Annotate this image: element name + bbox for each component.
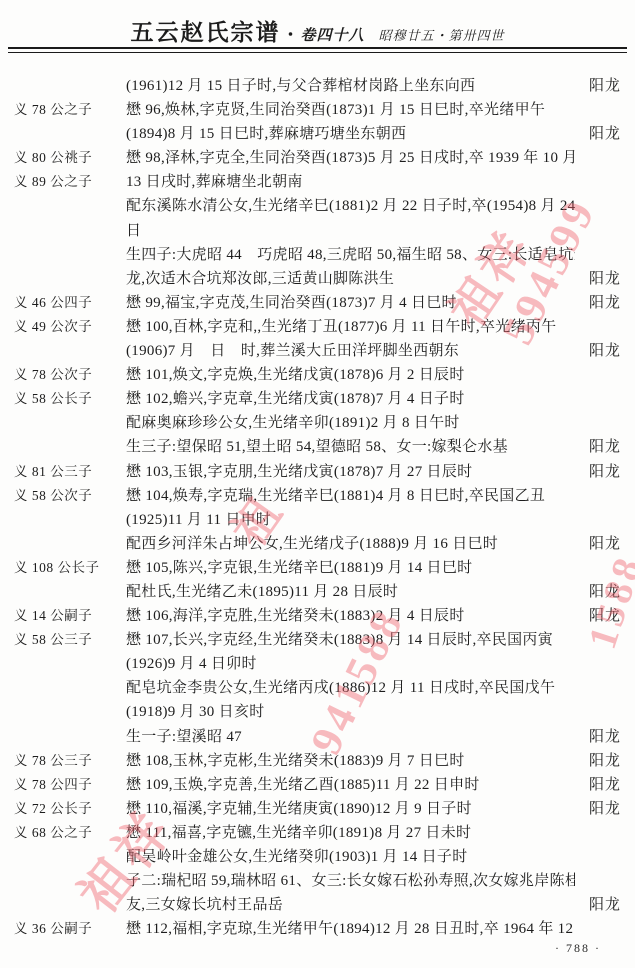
entry-text: 子二:瑞杞昭 59,瑞林昭 61、女三:长女嫁石松孙寿照,次女嫁兆岸陈桂	[126, 869, 575, 893]
genealogy-line: 义 58 公三子懋 107,长兴,字克经,生光绪癸未(1883)8 月 14 日…	[14, 628, 621, 652]
entry-text: 友,三女嫁长坑村王品岳	[126, 893, 575, 917]
genealogy-line: 义 78 公次子懋 101,焕文,字克焕,生光绪戊寅(1878)6 月 2 日辰…	[14, 363, 621, 387]
genealogy-line: 龙,次适木合坑郑汝郎,三适黄山脚陈洪生阳龙	[14, 267, 621, 291]
entry-text: 懋 110,福溪,字克辅,生光绪庚寅(1890)12 月 9 日子时	[126, 797, 575, 821]
zodiac-tag: 阳龙	[575, 725, 621, 749]
entry-text: 配西乡河洋朱占坤公女,生光绪戊子(1888)9 月 16 日巳时	[126, 532, 575, 556]
genealogy-title: 五云赵氏宗谱	[130, 20, 280, 45]
zodiac-tag: 阳龙	[575, 797, 621, 821]
entry-text: 懋 103,玉银,字克朋,生光绪戊寅(1878)7 月 27 日辰时	[126, 460, 575, 484]
genealogy-line: 义 89 公之子13 日戌时,葬麻塘坐北朝南	[14, 170, 621, 194]
entry-text: 懋 106,海洋,字克胜,生光绪癸未(1883)2 月 4 日辰时	[126, 604, 575, 628]
father-label: 义 89 公之子	[14, 170, 126, 194]
zodiac-tag: 阳龙	[575, 122, 621, 146]
genealogy-line: 义 68 公之子懋 111,福喜,字克镳,生光绪辛卯(1891)8 月 27 日…	[14, 821, 621, 845]
genealogy-line: 义 58 公长子懋 102,蟾兴,字克章,生光绪戊寅(1878)7 月 4 日子…	[14, 387, 621, 411]
genealogy-line: 义 81 公三子懋 103,玉银,字克朋,生光绪戊寅(1878)7 月 27 日…	[14, 460, 621, 484]
father-label: 义 58 公长子	[14, 387, 126, 411]
entry-text: 懋 100,百林,字克和,,生光绪丁丑(1877)6 月 11 日午时,卒光绪丙…	[126, 315, 575, 339]
entry-text: 懋 111,福喜,字克镳,生光绪辛卯(1891)8 月 27 日未时	[126, 821, 575, 845]
father-label: 义 81 公三子	[14, 460, 126, 484]
genealogy-line: 义 108 公长子懋 105,陈兴,字克银,生光绪辛巳(1881)9 月 14 …	[14, 556, 621, 580]
genealogy-line: 配皂坑金李贵公女,生光绪丙戌(1886)12 月 11 日戌时,卒民国戊午	[14, 676, 621, 700]
genealogy-line: (1926)9 月 4 日卯时	[14, 652, 621, 676]
father-label: 义 80 公祧子	[14, 146, 126, 170]
entry-text: 懋 109,玉焕,字克善,生光绪乙酉(1885)11 月 22 日申时	[126, 773, 575, 797]
entry-text: 懋 96,焕林,字克贤,生同治癸酉(1873)1 月 15 日巳时,卒光绪甲午	[126, 98, 575, 122]
genealogy-line: 义 14 公嗣子懋 106,海洋,字克胜,生光绪癸未(1883)2 月 4 日辰…	[14, 604, 621, 628]
father-label: 义 68 公之子	[14, 821, 126, 845]
entry-text: 懋 99,福宝,字克茂,生同治癸酉(1873)7 月 4 日巳时	[126, 291, 575, 315]
genealogy-line: 义 78 公之子懋 96,焕林,字克贤,生同治癸酉(1873)1 月 15 日巳…	[14, 98, 621, 122]
genealogy-line: (1906)7 月 日 时,葬兰溪大丘田洋坪脚坐西朝东阳龙	[14, 339, 621, 363]
entry-text: (1894)8 月 15 日巳时,葬麻塘巧塘坐东朝西	[126, 122, 575, 146]
entry-text: (1926)9 月 4 日卯时	[126, 652, 575, 676]
genealogy-line: 义 58 公次子懋 104,焕寿,字克瑞,生光绪辛巳(1881)4 月 8 日巳…	[14, 484, 621, 508]
entry-text: 懋 102,蟾兴,字克章,生光绪戊寅(1878)7 月 4 日子时	[126, 387, 575, 411]
father-label: 义 58 公次子	[14, 484, 126, 508]
genealogy-line: (1961)12 月 15 日子时,与父合葬棺材岗路上坐东向西阳龙	[14, 74, 621, 98]
title-separator: ・	[280, 27, 300, 44]
father-label: 义 46 公四子	[14, 291, 126, 315]
header-rule	[8, 47, 627, 53]
entry-text: 懋 104,焕寿,字克瑞,生光绪辛巳(1881)4 月 8 日巳时,卒民国乙丑	[126, 484, 575, 508]
genealogy-line: (1918)9 月 30 日亥时	[14, 700, 621, 724]
entry-text: 生三子:望保昭 51,望土昭 54,望德昭 58、女一:嫁梨仑水基	[126, 435, 575, 459]
zodiac-tag: 阳龙	[575, 749, 621, 773]
genealogy-line: 生三子:望保昭 51,望土昭 54,望德昭 58、女一:嫁梨仑水基阳龙	[14, 435, 621, 459]
father-label: 义 78 公四子	[14, 773, 126, 797]
genealogy-line: 义 78 公四子懋 109,玉焕,字克善,生光绪乙酉(1885)11 月 22 …	[14, 773, 621, 797]
genealogy-line: 生一子:望溪昭 47阳龙	[14, 725, 621, 749]
genealogy-line: 义 72 公长子懋 110,福溪,字克辅,生光绪庚寅(1890)12 月 9 日…	[14, 797, 621, 821]
father-label: 义 78 公之子	[14, 98, 126, 122]
page-header: 五云赵氏宗谱・卷四十八昭穆廿五・第卅四世	[0, 14, 635, 47]
entry-text: (1925)11 月 11 日申时	[126, 508, 575, 532]
zodiac-tag: 阳龙	[575, 435, 621, 459]
entry-text: 配杜氏,生光绪乙未(1895)11 月 28 日辰时	[126, 580, 575, 604]
page-number: · 788 ·	[555, 941, 601, 956]
genealogy-line: 配麻奥麻珍珍公女,生光绪辛卯(1891)2 月 8 日午时	[14, 411, 621, 435]
father-label: 义 14 公嗣子	[14, 604, 126, 628]
entry-text: 配吴岭叶金雄公女,生光绪癸卯(1903)1 月 14 日子时	[126, 845, 575, 869]
father-label: 义 78 公三子	[14, 749, 126, 773]
genealogy-line: 义 49 公次子懋 100,百林,字克和,,生光绪丁丑(1877)6 月 11 …	[14, 315, 621, 339]
father-label: 义 78 公次子	[14, 363, 126, 387]
genealogy-rows: (1961)12 月 15 日子时,与父合葬棺材岗路上坐东向西阳龙义 78 公之…	[14, 74, 621, 941]
entry-text: 懋 105,陈兴,字克银,生光绪辛巳(1881)9 月 14 日巳时	[126, 556, 575, 580]
zodiac-tag: 阳龙	[575, 532, 621, 556]
entry-text: 配麻奥麻珍珍公女,生光绪辛卯(1891)2 月 8 日午时	[126, 411, 575, 435]
entry-text: 配皂坑金李贵公女,生光绪丙戌(1886)12 月 11 日戌时,卒民国戊午	[126, 676, 575, 700]
entry-text: 日	[126, 219, 575, 243]
zodiac-tag: 阳龙	[575, 893, 621, 917]
entry-text: 配东溪陈水清公女,生光绪辛巳(1881)2 月 22 日子时,卒(1954)8 …	[126, 194, 575, 218]
zodiac-tag: 阳龙	[575, 460, 621, 484]
genealogy-line: (1925)11 月 11 日申时	[14, 508, 621, 532]
father-label: 义 108 公长子	[14, 556, 126, 580]
entry-text: 懋 108,玉林,字克彬,生光绪癸未(1883)9 月 7 日巳时	[126, 749, 575, 773]
genealogy-line: 配东溪陈水清公女,生光绪辛巳(1881)2 月 22 日子时,卒(1954)8 …	[14, 194, 621, 218]
zodiac-tag: 阳龙	[575, 604, 621, 628]
genealogy-line: 日	[14, 219, 621, 243]
father-label: 义 72 公长子	[14, 797, 126, 821]
genealogy-page: 五云赵氏宗谱・卷四十八昭穆廿五・第卅四世 (1961)12 月 15 日子时,与…	[0, 0, 635, 968]
genealogy-line: (1894)8 月 15 日巳时,葬麻塘巧塘坐东朝西阳龙	[14, 122, 621, 146]
genealogy-line: 义 36 公嗣子懋 112,福相,字克琼,生光绪甲午(1894)12 月 28 …	[14, 917, 621, 941]
genealogy-line: 子二:瑞杞昭 59,瑞林昭 61、女三:长女嫁石松孙寿照,次女嫁兆岸陈桂	[14, 869, 621, 893]
entry-text: (1961)12 月 15 日子时,与父合葬棺材岗路上坐东向西	[126, 74, 575, 98]
entry-text: 懋 112,福相,字克琼,生光绪甲午(1894)12 月 28 日丑时,卒 19…	[126, 917, 575, 941]
genealogy-line: 配杜氏,生光绪乙未(1895)11 月 28 日辰时阳龙	[14, 580, 621, 604]
genealogy-line: 义 46 公四子懋 99,福宝,字克茂,生同治癸酉(1873)7 月 4 日巳时…	[14, 291, 621, 315]
genealogy-line: 义 80 公祧子懋 98,泽林,字克全,生同治癸酉(1873)5 月 25 日戌…	[14, 146, 621, 170]
generation-label: 昭穆廿五・第卅四世	[379, 28, 505, 43]
entry-text: 生一子:望溪昭 47	[126, 725, 575, 749]
entry-text: 懋 98,泽林,字克全,生同治癸酉(1873)5 月 25 日戌时,卒 1939…	[126, 146, 575, 170]
zodiac-tag: 阳龙	[575, 580, 621, 604]
father-label: 义 49 公次子	[14, 315, 126, 339]
zodiac-tag: 阳龙	[575, 773, 621, 797]
zodiac-tag: 阳龙	[575, 267, 621, 291]
genealogy-line: 生四子:大虎昭 44 巧虎昭 48,三虎昭 50,福生昭 58、女三:长适皂坑金…	[14, 243, 621, 267]
zodiac-tag: 阳龙	[575, 74, 621, 98]
zodiac-tag: 阳龙	[575, 339, 621, 363]
zodiac-tag: 阳龙	[575, 291, 621, 315]
father-label: 义 36 公嗣子	[14, 917, 126, 941]
entry-text: (1918)9 月 30 日亥时	[126, 700, 575, 724]
entry-text: (1906)7 月 日 时,葬兰溪大丘田洋坪脚坐西朝东	[126, 339, 575, 363]
father-label: 义 58 公三子	[14, 628, 126, 652]
genealogy-line: 友,三女嫁长坑村王品岳阳龙	[14, 893, 621, 917]
entry-text: 懋 101,焕文,字克焕,生光绪戊寅(1878)6 月 2 日辰时	[126, 363, 575, 387]
genealogy-line: 配吴岭叶金雄公女,生光绪癸卯(1903)1 月 14 日子时	[14, 845, 621, 869]
entry-text: 龙,次适木合坑郑汝郎,三适黄山脚陈洪生	[126, 267, 575, 291]
entry-text: 13 日戌时,葬麻塘坐北朝南	[126, 170, 575, 194]
genealogy-line: 配西乡河洋朱占坤公女,生光绪戊子(1888)9 月 16 日巳时阳龙	[14, 532, 621, 556]
entry-text: 生四子:大虎昭 44 巧虎昭 48,三虎昭 50,福生昭 58、女三:长适皂坑金…	[126, 243, 575, 267]
genealogy-line: 义 78 公三子懋 108,玉林,字克彬,生光绪癸未(1883)9 月 7 日巳…	[14, 749, 621, 773]
volume-label: 卷四十八	[300, 28, 364, 44]
entry-text: 懋 107,长兴,字克经,生光绪癸未(1883)8 月 14 日辰时,卒民国丙寅	[126, 628, 575, 652]
